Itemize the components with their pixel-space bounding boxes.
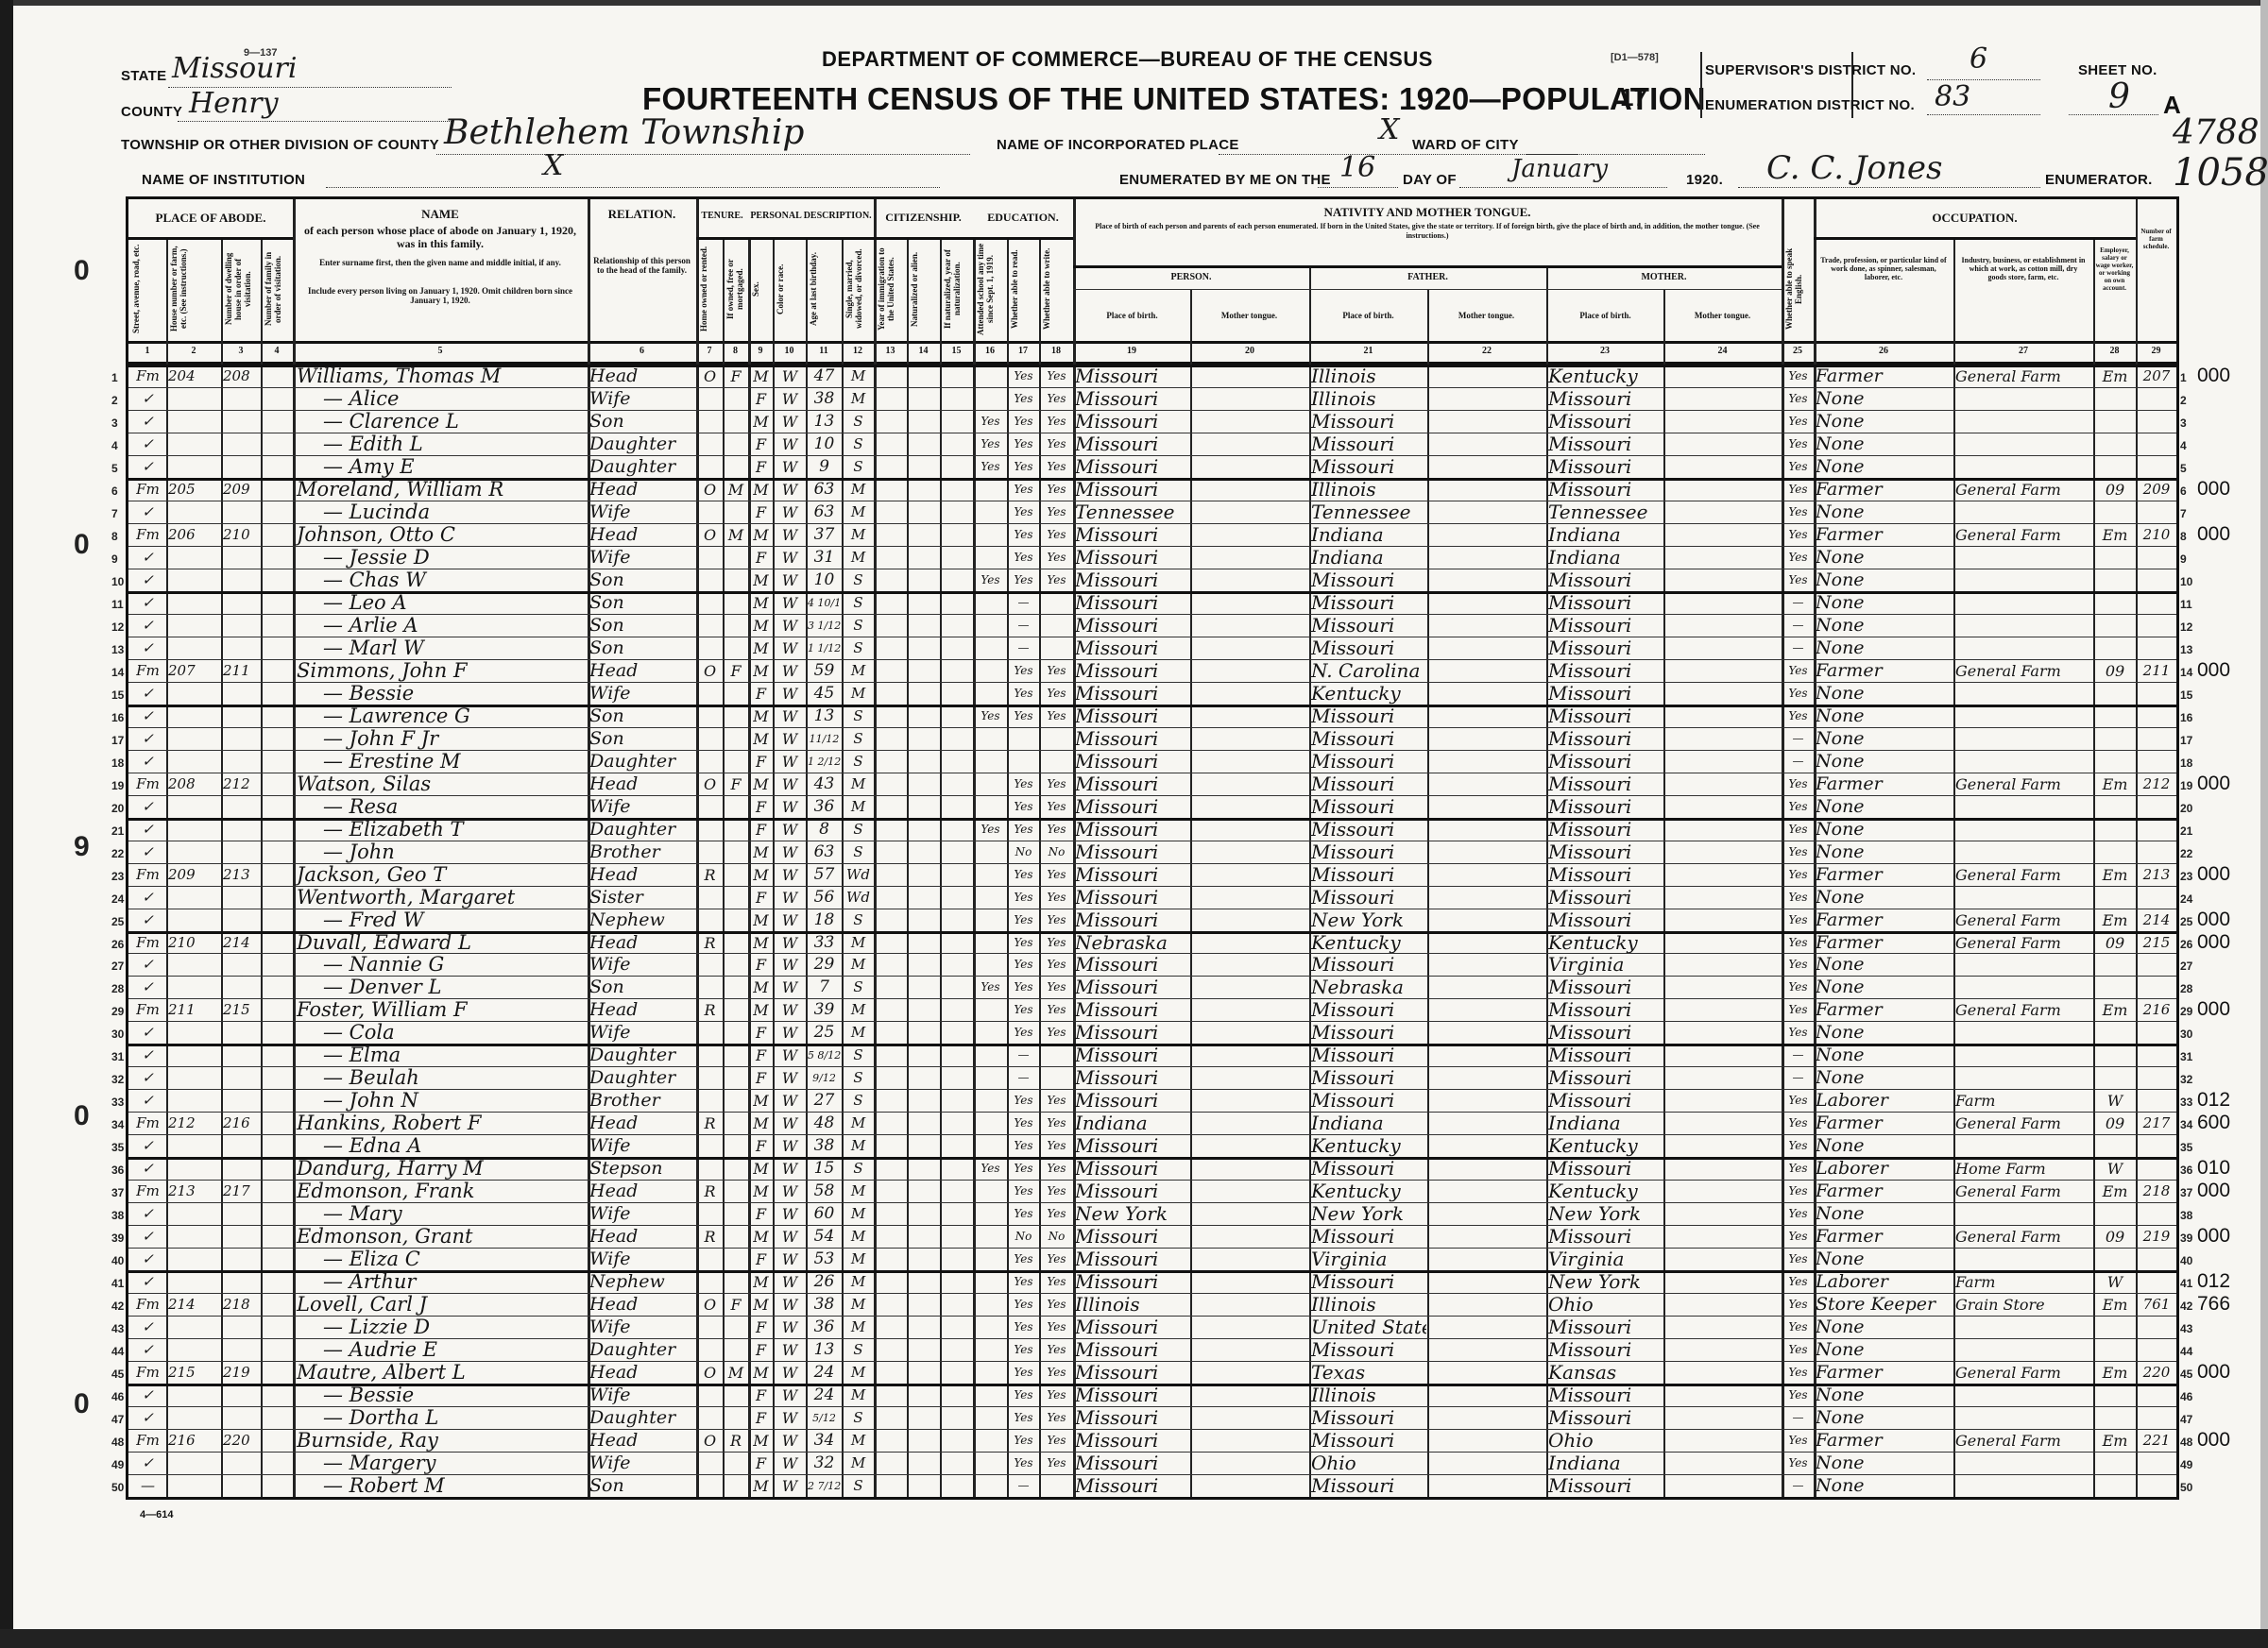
cell-mother_birth: Missouri <box>1548 727 1663 751</box>
cell-street: ✓ <box>130 1270 165 1294</box>
cell-english: Yes <box>1783 546 1813 569</box>
cell-age: 11/12 <box>808 727 841 751</box>
cell-street: ✓ <box>130 501 165 524</box>
cell-age: 53 <box>808 1248 841 1271</box>
cell-read: Yes <box>1009 705 1038 728</box>
cell-relation: Wife <box>589 953 695 977</box>
cell-read: Yes <box>1009 1157 1038 1181</box>
table-row: ✓— ResaWifeFW36MYesYesMissouriMissouriMi… <box>128 795 2176 818</box>
line-number-left: 11 <box>111 598 124 611</box>
column-number: 6 <box>588 346 696 356</box>
cell-occupation: None <box>1816 1021 1953 1045</box>
cell-class: W <box>2095 1270 2135 1294</box>
cell-sex: F <box>750 455 772 479</box>
line-number-right: 17 <box>2180 734 2192 747</box>
column-number: 14 <box>907 346 940 356</box>
cell-read: Yes <box>1009 387 1038 411</box>
cell-farm: 221 <box>2138 1429 2175 1453</box>
cell-race: W <box>775 1316 805 1339</box>
cell-age: 34 <box>808 1429 841 1453</box>
cell-street: ✓ <box>130 1338 165 1362</box>
line-number-right: 49 <box>2180 1458 2192 1471</box>
column-header-12: Single, married, widowed, or divorced. <box>844 243 871 335</box>
cell-race: W <box>775 433 805 456</box>
cell-street: Fm <box>130 523 165 547</box>
cell-name: Dandurg, Harry M <box>295 1157 588 1181</box>
cell-street: ✓ <box>130 1202 165 1226</box>
cell-father_birth: Kentucky <box>1311 682 1426 705</box>
cell-mother_birth: Missouri <box>1548 909 1663 932</box>
cell-occupation: None <box>1816 1248 1953 1271</box>
cell-english: Yes <box>1783 1270 1813 1294</box>
cell-father_birth: Missouri <box>1311 433 1426 456</box>
cell-mother_birth: Indiana <box>1548 1112 1663 1135</box>
cell-street: Fm <box>130 773 165 796</box>
cell-sex: M <box>750 1293 772 1317</box>
cell-race: W <box>775 1134 805 1158</box>
table-row: ✓— Leo ASonMW4 10/12S—MissouriMissouriMi… <box>128 591 2176 614</box>
cell-sex: M <box>750 773 772 796</box>
cell-marital: M <box>844 1202 873 1226</box>
name-instruction-1: Enter surname first, then the given name… <box>302 258 578 267</box>
cell-occupation: None <box>1816 1202 1953 1226</box>
cell-read: Yes <box>1009 1021 1038 1045</box>
line-number-left: 12 <box>111 620 124 634</box>
cell-write: No <box>1041 1225 1072 1249</box>
line-number-right: 22 <box>2180 847 2192 860</box>
cell-relation: Daughter <box>589 455 695 479</box>
cell-race: W <box>775 931 805 955</box>
cell-sex: F <box>750 1202 772 1226</box>
cell-mother_birth: Ohio <box>1548 1293 1663 1317</box>
cell-name: — Audrie E <box>295 1338 615 1362</box>
cell-marital: M <box>844 998 873 1022</box>
line-number-left: 41 <box>111 1277 124 1290</box>
enumerated-day: 16 <box>1339 151 1375 184</box>
cell-occupation: None <box>1816 1316 1953 1339</box>
cell-race: W <box>775 1338 805 1362</box>
cell-name: Duvall, Edward L <box>295 931 588 955</box>
cell-father_birth: Missouri <box>1311 841 1426 864</box>
cell-father_birth: Missouri <box>1311 1066 1426 1090</box>
cell-occupation: Farmer <box>1816 365 1953 388</box>
cell-write: Yes <box>1041 1089 1072 1113</box>
cell-english: Yes <box>1783 1089 1813 1113</box>
margin-code: 000 <box>2197 523 2230 546</box>
cell-english: Yes <box>1783 976 1813 999</box>
line-number-right: 47 <box>2180 1413 2192 1426</box>
line-number-left: 9 <box>111 552 118 566</box>
table-row: ✓— Lizzie DWifeFW36MYesYesMissouriUnited… <box>128 1316 2176 1338</box>
cell-occupation: None <box>1816 750 1953 773</box>
column-header-14: Naturalized or alien. <box>910 243 937 335</box>
cell-birthplace: Missouri <box>1075 841 1189 864</box>
cell-age: 38 <box>808 1293 841 1317</box>
cell-name: — Bessie <box>295 682 615 705</box>
cell-english: Yes <box>1783 659 1813 683</box>
state-label: STATE <box>121 68 166 84</box>
cell-name: — Clarence L <box>295 410 615 433</box>
cell-read: Yes <box>1009 455 1038 479</box>
cell-mortgage: M <box>725 523 747 547</box>
cell-write: Yes <box>1041 433 1072 456</box>
cell-race: W <box>775 591 805 615</box>
cell-name: — Eliza C <box>295 1248 615 1271</box>
line-number-right: 1 <box>2180 371 2187 384</box>
cell-mother_birth: Missouri <box>1548 410 1663 433</box>
cell-farm: 761 <box>2138 1293 2175 1317</box>
cell-race: W <box>775 1021 805 1045</box>
cell-class: Em <box>2095 909 2135 932</box>
cell-sex: F <box>750 1248 772 1271</box>
cell-name: Williams, Thomas M <box>295 365 588 388</box>
cell-sex: M <box>750 478 772 501</box>
cell-sex: F <box>750 1066 772 1090</box>
cell-write: Yes <box>1041 1316 1072 1339</box>
cell-english: — <box>1783 614 1813 637</box>
cell-occupation: None <box>1816 682 1953 705</box>
cell-street: ✓ <box>130 841 165 864</box>
line-number-left: 17 <box>111 734 124 747</box>
cell-relation: Daughter <box>589 1066 695 1090</box>
table-row: ✓— Clarence LSonMW13SYesYesYesMissouriMi… <box>128 410 2176 433</box>
cell-name: — Mary <box>295 1202 615 1226</box>
cell-occupation: Farmer <box>1816 1429 1953 1453</box>
cell-marital: M <box>844 1384 873 1407</box>
cell-marital: M <box>844 953 873 977</box>
cell-write: Yes <box>1041 1270 1072 1294</box>
cell-age: 63 <box>808 501 841 524</box>
cell-age: 39 <box>808 998 841 1022</box>
cell-occupation: None <box>1816 727 1953 751</box>
cell-sex: F <box>750 818 772 841</box>
cell-house: 209 <box>168 863 220 887</box>
column-number: 13 <box>874 346 907 356</box>
cell-street: ✓ <box>130 795 165 819</box>
line-number-right: 46 <box>2180 1390 2192 1403</box>
cell-occupation: None <box>1816 953 1953 977</box>
cell-industry: General Farm <box>1955 1112 2092 1135</box>
cell-sex: M <box>750 365 772 388</box>
column-header-2: House number or farm, etc. (See instruct… <box>169 243 218 335</box>
cell-class: Em <box>2095 365 2135 388</box>
table-row: ✓— Elizabeth TDaughterFW8SYesYesYesMisso… <box>128 818 2176 841</box>
cell-marital: S <box>844 818 873 841</box>
cell-race: W <box>775 569 805 592</box>
cell-name: — Marl W <box>295 637 615 660</box>
cell-marital: M <box>844 1134 873 1158</box>
cell-write: Yes <box>1041 863 1072 887</box>
cell-marital: S <box>844 1474 873 1498</box>
column-number: 11 <box>806 346 842 356</box>
cell-street: ✓ <box>130 1089 165 1113</box>
cell-street: Fm <box>130 998 165 1022</box>
cell-birthplace: Missouri <box>1075 1021 1189 1045</box>
cell-occupation: None <box>1816 614 1953 637</box>
cell-age: 10 <box>808 569 841 592</box>
table-row: ✓— MargeryWifeFW32MYesYesMissouriOhioInd… <box>128 1452 2176 1474</box>
cell-marital: S <box>844 705 873 728</box>
cell-age: 5 8/12 <box>808 1044 841 1067</box>
line-number-left: 19 <box>111 779 124 792</box>
cell-write: Yes <box>1041 410 1072 433</box>
cell-race: W <box>775 365 805 388</box>
cell-tenure: R <box>698 1225 722 1249</box>
cell-occupation: None <box>1816 841 1953 864</box>
cell-mother_birth: Missouri <box>1548 478 1663 501</box>
cell-write: Yes <box>1041 1112 1072 1135</box>
cell-name: Jackson, Geo T <box>295 863 588 887</box>
cell-marital: S <box>844 1338 873 1362</box>
cell-relation: Brother <box>589 1089 695 1113</box>
cell-relation: Nephew <box>589 1270 695 1294</box>
cell-class: Em <box>2095 1361 2135 1385</box>
form-code: [D1—578] <box>1611 52 1659 63</box>
cell-marital: M <box>844 478 873 501</box>
cell-birthplace: Missouri <box>1075 773 1189 796</box>
table-row: ✓— AliceWifeFW38MYesYesMissouriIllinoisM… <box>128 387 2176 410</box>
cell-street: ✓ <box>130 410 165 433</box>
enumerated-label: ENUMERATED BY ME ON THE <box>1119 172 1331 188</box>
cell-farm: 216 <box>2138 998 2175 1022</box>
cell-mother_birth: Missouri <box>1548 682 1663 705</box>
cell-mother_birth: Missouri <box>1548 773 1663 796</box>
cell-sex: M <box>750 1429 772 1453</box>
enumerator-label: ENUMERATOR. <box>2045 172 2153 188</box>
cell-birthplace: Tennessee <box>1075 501 1189 524</box>
enumerated-month: January <box>1511 155 1608 183</box>
cell-name: — Edna A <box>295 1134 615 1158</box>
cell-read: Yes <box>1009 410 1038 433</box>
cell-name: Mautre, Albert L <box>295 1361 588 1385</box>
cell-birthplace: Missouri <box>1075 637 1189 660</box>
line-number-right: 18 <box>2180 756 2192 770</box>
cell-mother_birth: Indiana <box>1548 1452 1663 1475</box>
cell-name: Watson, Silas <box>295 773 588 796</box>
scan-border-bottom <box>0 1629 2268 1648</box>
cell-age: 59 <box>808 659 841 683</box>
column-number: 16 <box>973 346 1007 356</box>
cell-dwelling: 217 <box>223 1180 260 1203</box>
cell-read: — <box>1009 637 1038 660</box>
cell-father_birth: Virginia <box>1311 1248 1426 1271</box>
cell-write: Yes <box>1041 1021 1072 1045</box>
cell-write: Yes <box>1041 478 1072 501</box>
cell-birthplace: Nebraska <box>1075 931 1189 955</box>
table-row: Fm215219Mautre, Albert LHeadOMMW24MYesYe… <box>128 1361 2176 1384</box>
cell-birthplace: Missouri <box>1075 410 1189 433</box>
cell-industry: General Farm <box>1955 773 2092 796</box>
cell-read: Yes <box>1009 998 1038 1022</box>
cell-dwelling: 219 <box>223 1361 260 1385</box>
cell-occupation: None <box>1816 1406 1953 1430</box>
cell-age: 7 <box>808 976 841 999</box>
cell-father_birth: Missouri <box>1311 795 1426 819</box>
cell-marital: M <box>844 387 873 411</box>
cell-farm: 212 <box>2138 773 2175 796</box>
line-number-right: 13 <box>2180 643 2192 656</box>
column-header-7: Home owned or rented. <box>699 243 720 335</box>
cell-street: ✓ <box>130 569 165 592</box>
cell-age: 36 <box>808 1316 841 1339</box>
table-row: ✓— Nannie GWifeFW29MYesYesMissouriMissou… <box>128 953 2176 976</box>
census-table: PLACE OF ABODE.NAMEof each person whose … <box>126 196 2179 1500</box>
cell-industry: General Farm <box>1955 523 2092 547</box>
line-number-right: 40 <box>2180 1254 2192 1267</box>
cell-read: Yes <box>1009 523 1038 547</box>
cell-birthplace: Missouri <box>1075 1406 1189 1430</box>
cell-marital: M <box>844 659 873 683</box>
cell-english: Yes <box>1783 410 1813 433</box>
line-number-left: 14 <box>111 666 124 679</box>
cell-race: W <box>775 998 805 1022</box>
cell-industry: General Farm <box>1955 1361 2092 1385</box>
cell-read: Yes <box>1009 1452 1038 1475</box>
cell-sex: M <box>750 841 772 864</box>
cell-read: Yes <box>1009 569 1038 592</box>
cell-age: 45 <box>808 682 841 705</box>
cell-name: — Denver L <box>295 976 615 999</box>
table-row: Fm207211Simmons, John FHeadOFMW59MYesYes… <box>128 659 2176 682</box>
day-of-label: DAY OF <box>1403 172 1457 188</box>
table-row: ✓Dandurg, Harry MStepsonMW15SYesYesYesMi… <box>128 1157 2176 1180</box>
cell-mother_birth: Kentucky <box>1548 931 1663 955</box>
cell-name: — Robert M <box>295 1474 615 1498</box>
cell-race: W <box>775 1452 805 1475</box>
column-number: 25 <box>1782 346 1814 356</box>
cell-write: Yes <box>1041 501 1072 524</box>
cell-father_birth: Missouri <box>1311 1225 1426 1249</box>
line-number-left: 36 <box>111 1164 124 1177</box>
cell-farm: 214 <box>2138 909 2175 932</box>
cell-write: Yes <box>1041 682 1072 705</box>
table-row: ✓Edmonson, GrantHeadRMW54MNoNoMissouriMi… <box>128 1225 2176 1248</box>
cell-farm: 215 <box>2138 931 2175 955</box>
cell-class: Em <box>2095 863 2135 887</box>
cell-relation: Head <box>589 998 695 1022</box>
cell-mother_birth: Missouri <box>1548 863 1663 887</box>
cell-street: ✓ <box>130 953 165 977</box>
cell-class: Em <box>2095 1429 2135 1453</box>
cell-sex: F <box>750 1044 772 1067</box>
cell-write: Yes <box>1041 998 1072 1022</box>
cell-street: ✓ <box>130 1044 165 1067</box>
line-number-left: 33 <box>111 1096 124 1109</box>
line-number-right: 42 <box>2180 1300 2192 1313</box>
margin-code: 012 <box>2197 1270 2230 1293</box>
cell-occupation: None <box>1816 818 1953 841</box>
cell-street: Fm <box>130 659 165 683</box>
cell-mother_birth: Missouri <box>1548 1338 1663 1362</box>
cell-english: — <box>1783 637 1813 660</box>
header-rule <box>696 237 1073 240</box>
line-number-right: 6 <box>2180 484 2187 498</box>
cell-sex: M <box>750 1089 772 1113</box>
table-row: ✓— Fred WNephewMW18SYesYesMissouriNew Yo… <box>128 909 2176 931</box>
cell-age: 27 <box>808 1089 841 1113</box>
cell-birthplace: Missouri <box>1075 1338 1189 1362</box>
line-number-right: 27 <box>2180 960 2192 973</box>
line-number-right: 32 <box>2180 1073 2192 1086</box>
cell-birthplace: Missouri <box>1075 387 1189 411</box>
cell-mother_birth: Missouri <box>1548 886 1663 909</box>
cell-industry: General Farm <box>1955 863 2092 887</box>
cell-read: Yes <box>1009 1202 1038 1226</box>
cell-race: W <box>775 886 805 909</box>
cell-farm: 220 <box>2138 1361 2175 1385</box>
cell-name: Wentworth, Margaret <box>295 886 588 909</box>
cell-father_birth: Missouri <box>1311 637 1426 660</box>
cell-marital: M <box>844 1225 873 1249</box>
cell-school: Yes <box>975 818 1006 841</box>
column-number: 26 <box>1814 346 1953 356</box>
line-number-right: 43 <box>2180 1322 2192 1335</box>
cell-occupation: Laborer <box>1816 1089 1953 1113</box>
farm-schedule-description: Number of farm schedule. <box>2138 228 2174 250</box>
cell-occupation: None <box>1816 1384 1953 1407</box>
cell-english: Yes <box>1783 841 1813 864</box>
cell-name: — Arthur <box>295 1270 615 1294</box>
cell-farm: 210 <box>2138 523 2175 547</box>
cell-mortgage: R <box>725 1429 747 1453</box>
column-header-16: Attended school any time since Sept. 1, … <box>976 243 1004 335</box>
cell-sex: M <box>750 1157 772 1181</box>
cell-write: Yes <box>1041 773 1072 796</box>
cell-dwelling: 208 <box>223 365 260 388</box>
cell-street: Fm <box>130 1293 165 1317</box>
cell-street: ✓ <box>130 1225 165 1249</box>
cell-occupation: None <box>1816 1452 1953 1475</box>
cell-write: Yes <box>1041 1338 1072 1362</box>
cell-read: Yes <box>1009 1384 1038 1407</box>
cell-mortgage: M <box>725 1361 747 1385</box>
cell-mortgage: F <box>725 1293 747 1317</box>
header-rule <box>1814 237 2136 240</box>
cell-name: — Elma <box>295 1044 615 1067</box>
corner-number: 17 <box>1620 83 1647 112</box>
table-row: Fm205209Moreland, William RHeadOMMW63MYe… <box>128 478 2176 501</box>
cell-read: No <box>1009 841 1038 864</box>
cell-class: Em <box>2095 1293 2135 1317</box>
cell-english: Yes <box>1783 501 1813 524</box>
cell-name: — Lizzie D <box>295 1316 615 1339</box>
cell-age: 31 <box>808 546 841 569</box>
subgroup-person: PERSON. <box>1073 273 1309 282</box>
margin-code: 000 <box>2197 1429 2230 1452</box>
cell-english: Yes <box>1783 569 1813 592</box>
cell-relation: Stepson <box>589 1157 695 1181</box>
supervisor-district-value: 6 <box>1970 42 1987 76</box>
table-row: ✓— ColaWifeFW25MYesYesMissouriMissouriMi… <box>128 1021 2176 1044</box>
group-place-of-abode: PLACE OF ABODE. <box>128 211 293 226</box>
cell-age: 26 <box>808 1270 841 1294</box>
cell-relation: Head <box>589 863 695 887</box>
group-citizenship: CITIZENSHIP. <box>874 211 973 225</box>
cell-mother_birth: Missouri <box>1548 1225 1663 1249</box>
line-number-right: 24 <box>2180 892 2192 906</box>
cell-school: Yes <box>975 410 1006 433</box>
cell-relation: Wife <box>589 387 695 411</box>
cell-marital: M <box>844 1452 873 1475</box>
cell-name: — Dortha L <box>295 1406 615 1430</box>
cell-birthplace: Missouri <box>1075 998 1189 1022</box>
line-number-right: 45 <box>2180 1368 2192 1381</box>
table-row: ✓— BessieWifeFW24MYesYesMissouriIllinois… <box>128 1384 2176 1406</box>
column-header-11: Age at last birthday. <box>809 243 839 335</box>
cell-school: Yes <box>975 705 1006 728</box>
column-number: 21 <box>1309 346 1427 356</box>
cell-house: 211 <box>168 998 220 1022</box>
